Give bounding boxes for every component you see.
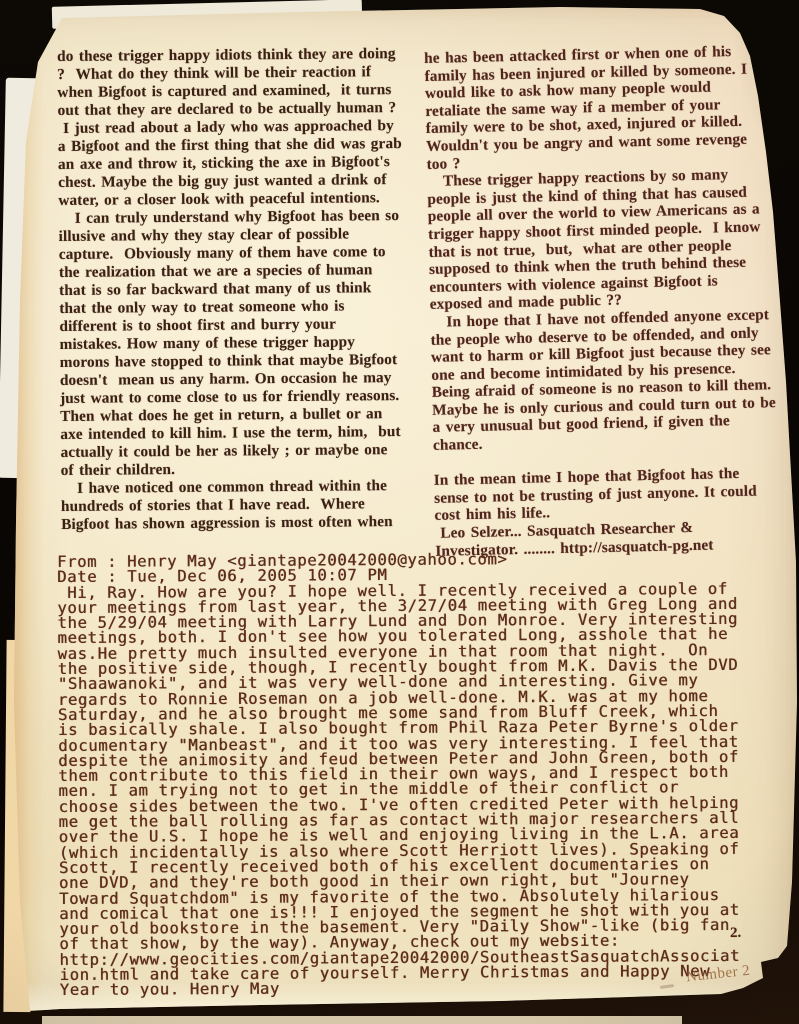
email-text-block: From : Henry May <giantape20042000@yahoo… xyxy=(57,551,740,999)
paper-page: do these trigger happy idiots think they… xyxy=(0,0,799,1024)
article-left-column: do these trigger happy idiots think they… xyxy=(57,45,405,534)
article-right-column: he has been attacked first or when one o… xyxy=(424,42,779,560)
bottom-page-edge-strip xyxy=(42,1016,682,1024)
page-number: 2. xyxy=(730,925,741,942)
photo-background: do these trigger happy idiots think they… xyxy=(0,0,799,1024)
